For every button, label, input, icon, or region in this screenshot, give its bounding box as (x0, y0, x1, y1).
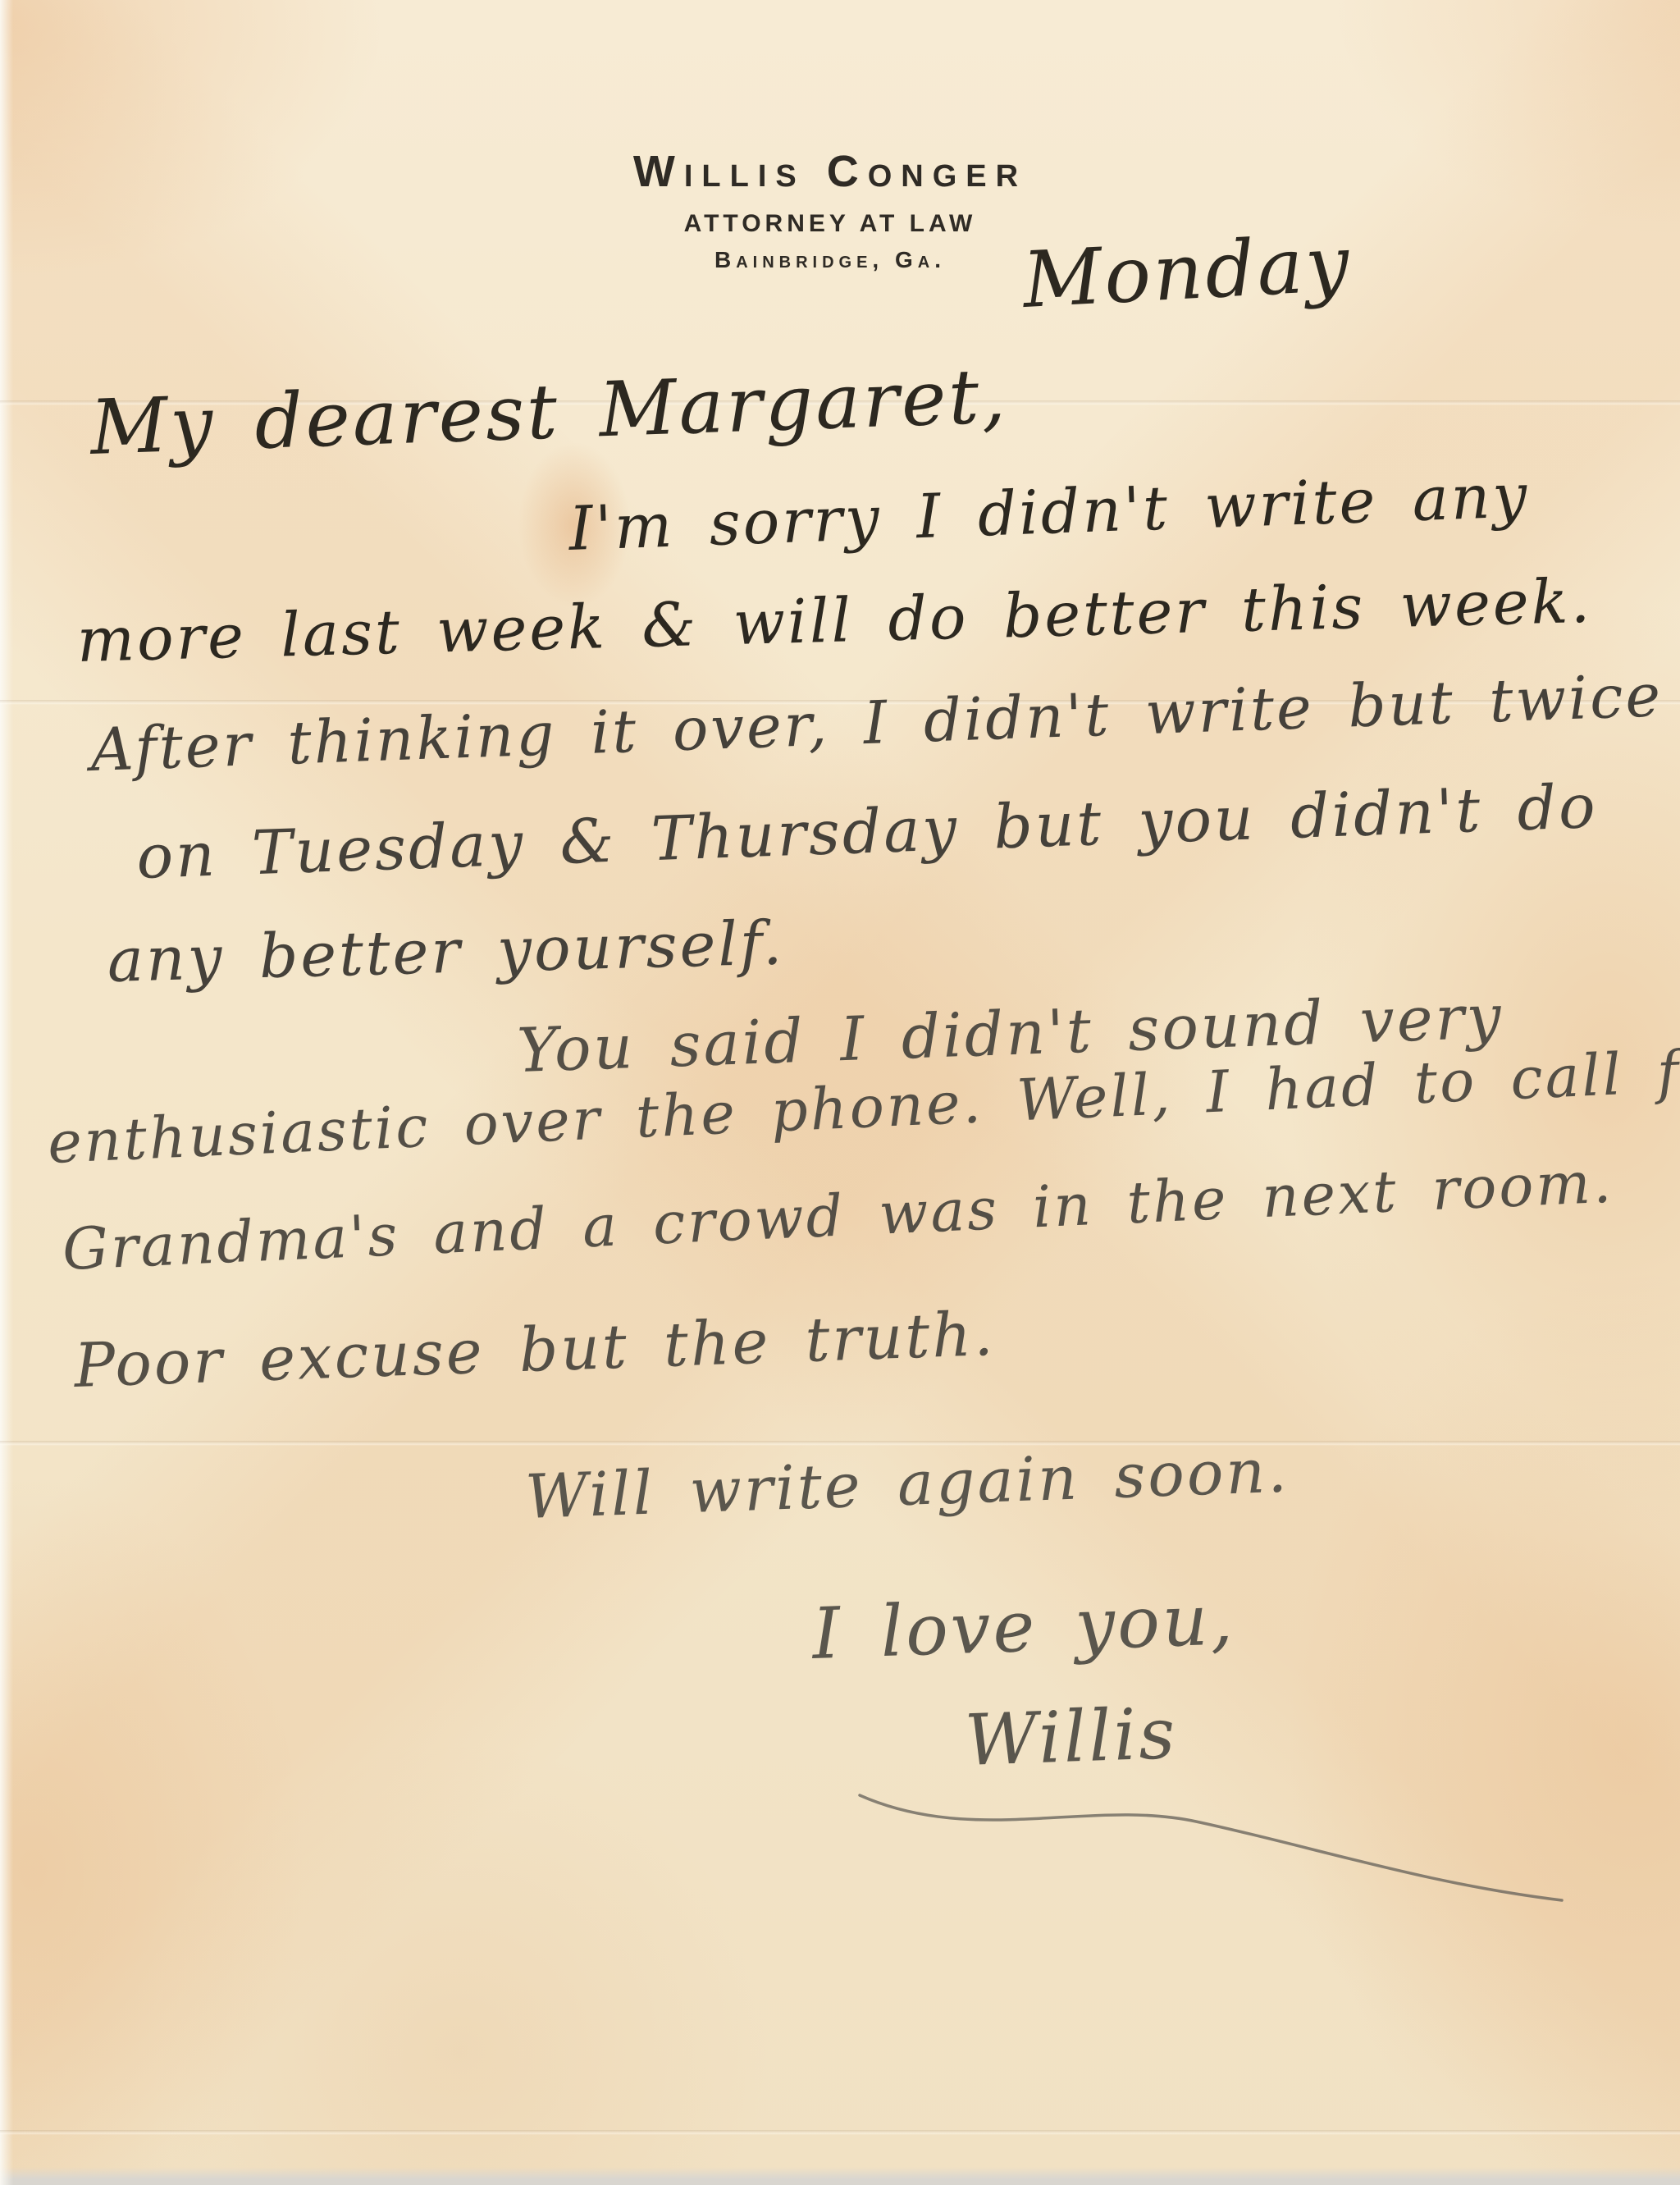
letter-line: Poor excuse but the truth. (73, 1299, 997, 1401)
letterhead: Willis Conger Attorney at Law Bainbridge… (0, 146, 1660, 273)
letter-line: on Tuesday & Thursday but you didn't do (135, 771, 1599, 893)
letter-line: any better yourself. (107, 907, 786, 996)
date-line: Monday (1020, 219, 1354, 326)
letter-line: After thinking it over, I didn't write b… (89, 657, 1680, 784)
letter-line: I'm sorry I didn't write any (568, 460, 1531, 565)
letterhead-name: Willis Conger (0, 146, 1660, 197)
signature-flourish-line (851, 1771, 1573, 1918)
closing-line: I love you, (811, 1579, 1237, 1675)
salutation: My dearest Margaret, (89, 352, 1009, 472)
fold-crease (0, 2130, 1680, 2135)
letter-line: more last week & will do better this wee… (76, 566, 1593, 676)
letterhead-title: Attorney at Law (0, 210, 1660, 238)
letter-page: Willis Conger Attorney at Law Bainbridge… (0, 0, 1680, 2185)
letterhead-location: Bainbridge, Ga. (0, 247, 1660, 273)
letter-line: Grandma's and a crowd was in the next ro… (61, 1149, 1614, 1283)
fold-crease (0, 1441, 1680, 1446)
signature: Willis (964, 1693, 1179, 1782)
letter-line: Will write again soon. (524, 1436, 1290, 1533)
